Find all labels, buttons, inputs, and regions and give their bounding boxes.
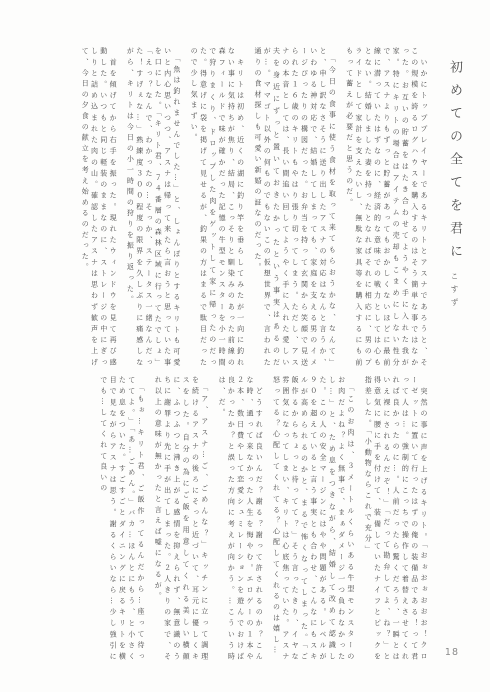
paragraph: キリトは初め、近くの湖に釣り竿を垂らしてみたが一向に釣れない事に気持ちが焦り、結… — [189, 47, 245, 369]
paragraph: 突然の事に声を上げるキリト。「おぉおぉおおお！クローゼットに置いて行ったはずの俺… — [363, 376, 428, 663]
paragraph: 「ア、アスナ…ご、ごめんな？」キッチンに立って調理を続けるアスナの後ろにそっと近… — [153, 376, 209, 663]
paragraph: いかにトッププレイヤーであるキリトとアスナであろうと、そこの規模を誇るログハウス… — [344, 47, 428, 369]
top-text-band: いかにトッププレイヤーであるキリトとアスナであろうと、そこの規模を誇るログハウス… — [35, 47, 428, 369]
paragraph: 「もぉ…キリト君、ご飯作ってるんだから…座って待っててよ。」「あ…ごめん。」バカ… — [99, 376, 145, 663]
novel-page: 初めての全てを君に こすず いかにトッププレイヤーであるキリトとアスナであろうと… — [0, 0, 490, 692]
title-column: 初めての全てを君に こすず — [445, 60, 464, 620]
bottom-text-band: 突然の事に声を上げるキリト。「おぉおぉおおお！クローゼットに置いて行ったはずの俺… — [35, 376, 428, 663]
paragraph: 「魚は釣れませんでした…」と、しょんぼりとするキリトも可愛いと内心思いつつ、アス… — [125, 47, 181, 369]
page-number: 18 — [445, 647, 459, 658]
paragraph: 首を傾げてから右手を振った。現れたウィンドウを見て再び感動した。いつもと同じ軽装… — [80, 47, 117, 369]
paragraph: 「このお肉は、３メートルくらいある牛型モンスターのお肉だよね？よく無事で、まぁダ… — [271, 376, 355, 663]
paragraph: 「今日の食事に使う食材を取って来てもらおうかな、なんて」と、申し訳なさそうに送り… — [253, 47, 337, 369]
paragraph: どうすれば良いんだ？謝る？謝って許されるのか？こんな時、通って来なかった人生を悔… — [217, 376, 263, 663]
author-name: こすず — [450, 272, 459, 311]
page-title: 初めての全てを君に — [447, 60, 462, 267]
